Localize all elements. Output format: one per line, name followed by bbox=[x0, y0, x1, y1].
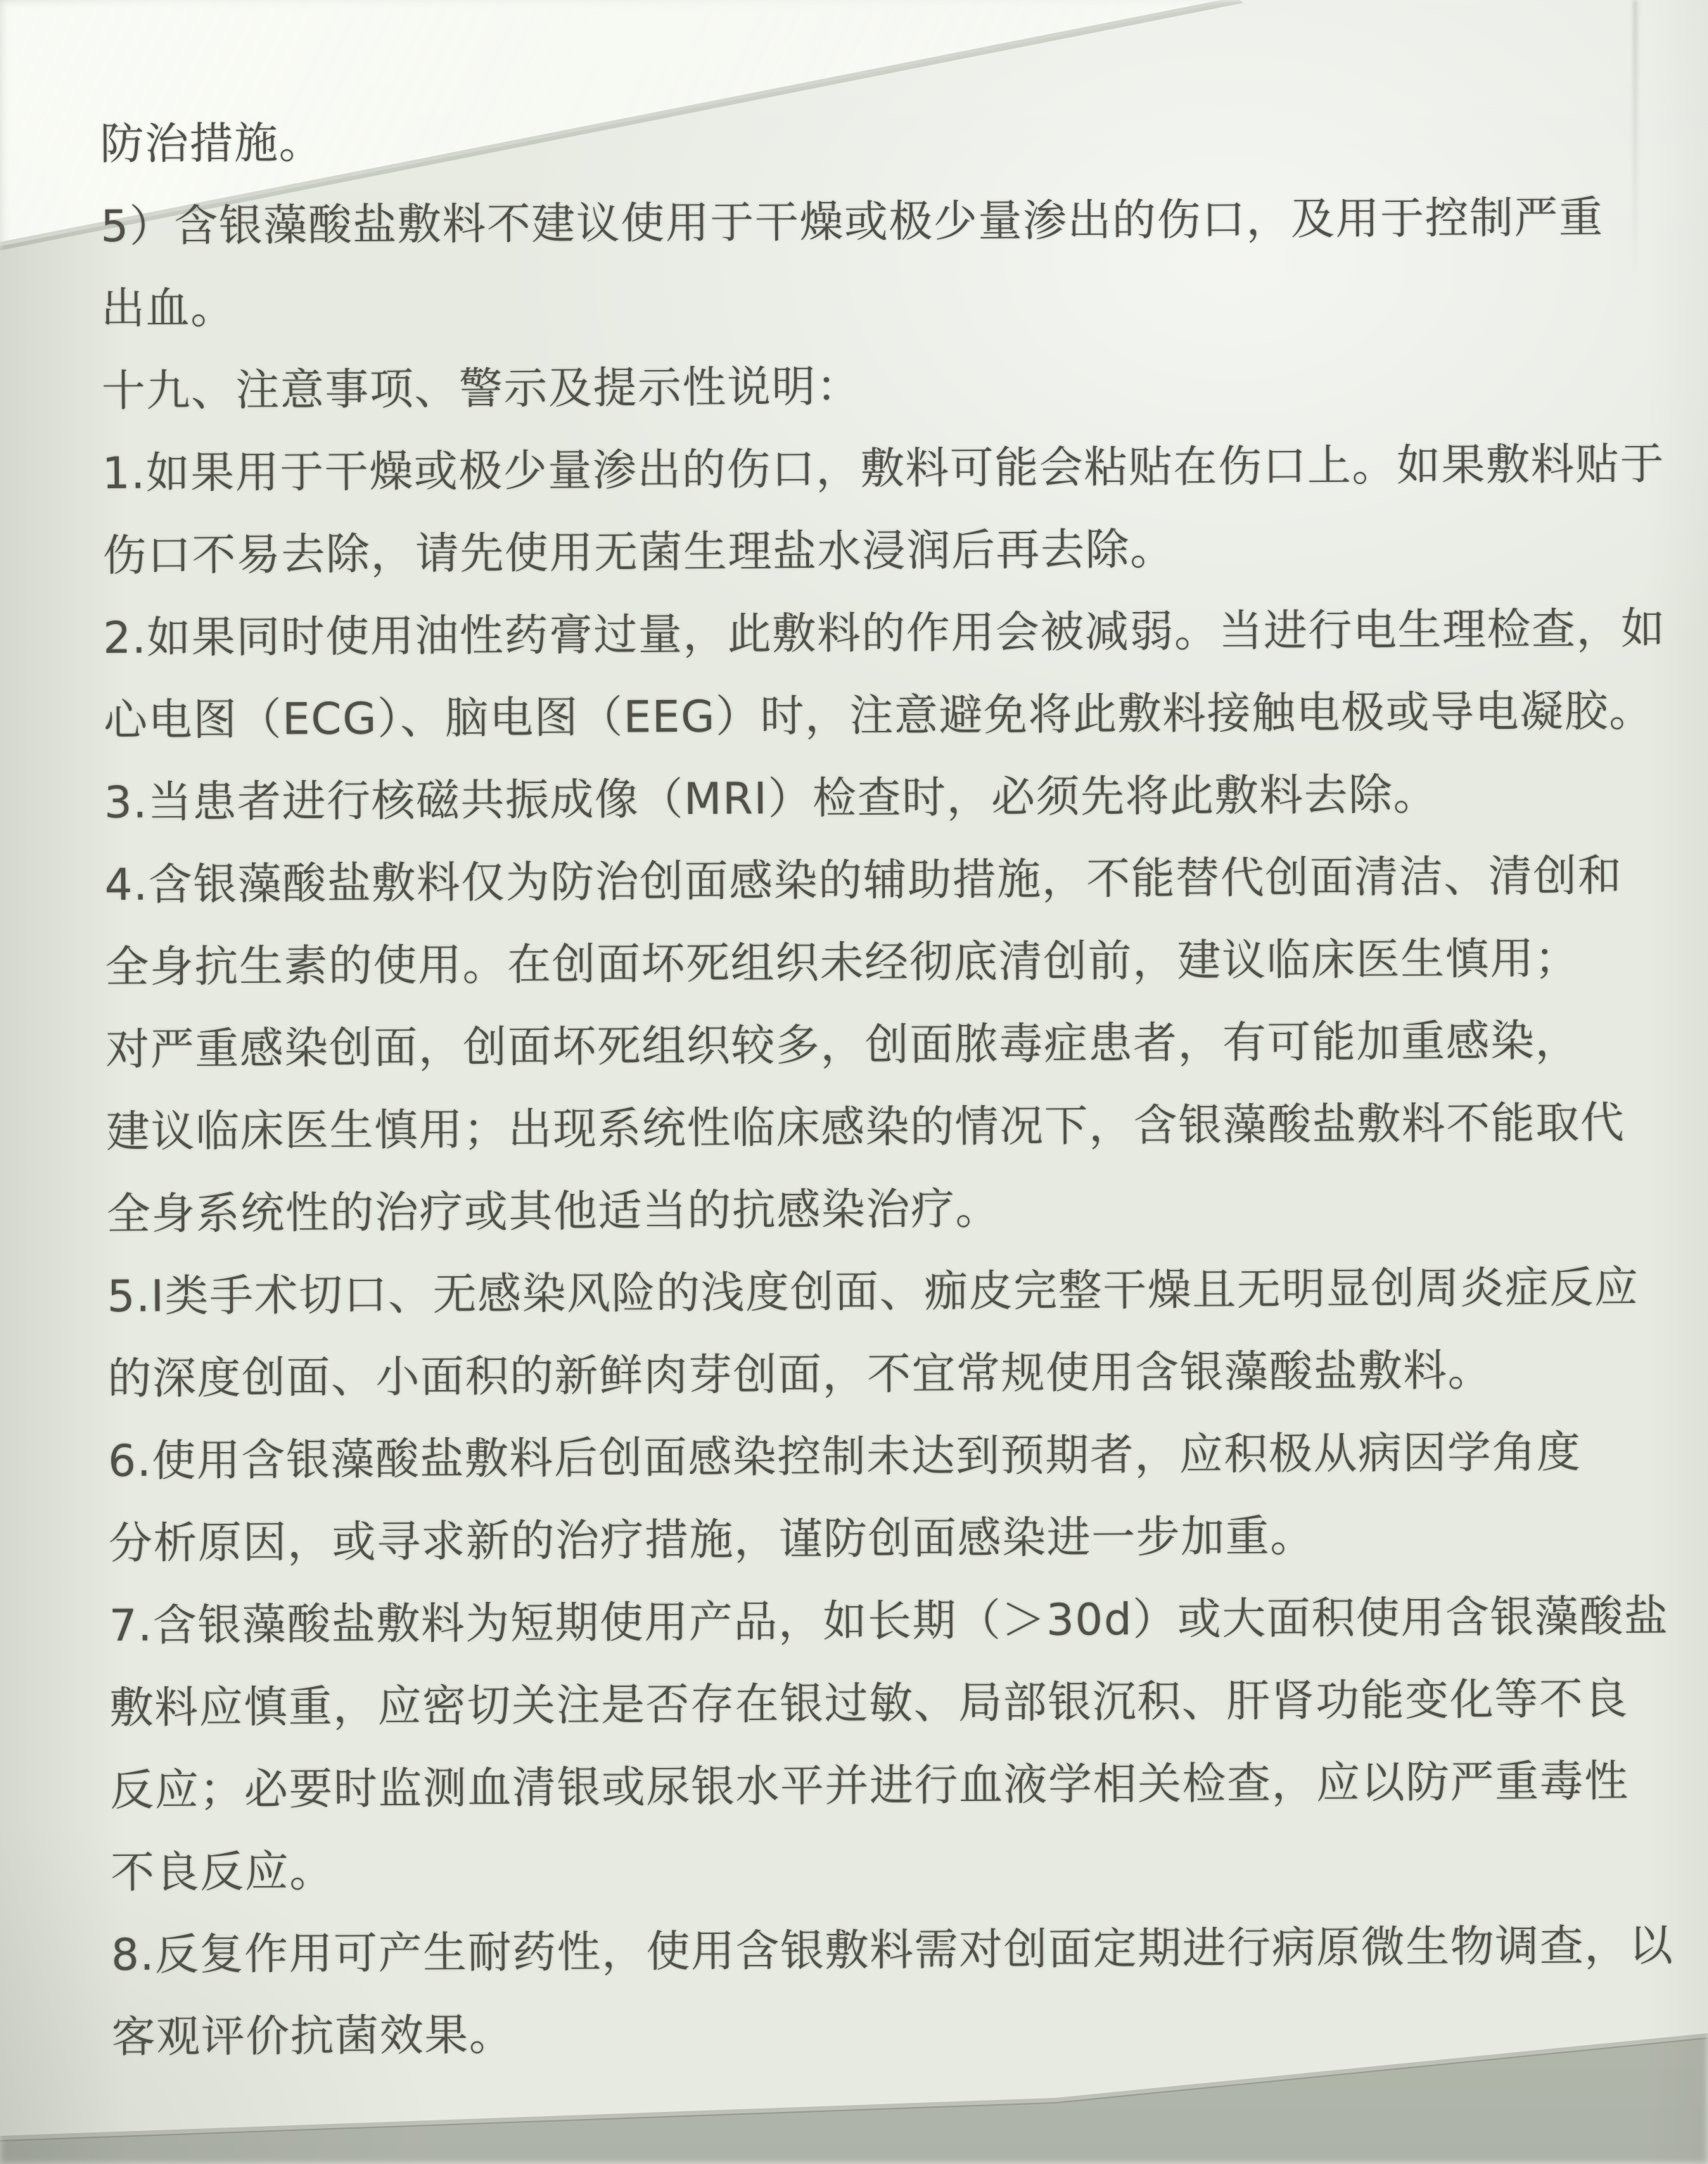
text-line: 对严重感染创面，创面坏死组织较多，创面脓毒症患者，有可能加重感染， bbox=[106, 998, 1696, 1090]
document-text: 防治措施。5）含银藻酸盐敷料不建议使用于干燥或极少量渗出的伤口，及用于控制严重出… bbox=[100, 93, 1702, 2078]
text-line: 7.含银藻酸盐敷料为短期使用产品，如长期（＞30d）或大面积使用含银藻酸盐 bbox=[109, 1574, 1700, 1667]
text-line: 全身系统性的治疗或其他适当的抗感染治疗。 bbox=[106, 1163, 1697, 1255]
text-line: 建议临床医生慎用；出现系统性临床感染的情况下，含银藻酸盐敷料不能取代 bbox=[106, 1081, 1697, 1173]
text-line: 客观评价抗菌效果。 bbox=[111, 1986, 1702, 2078]
text-line: 4.含银藻酸盐敷料仅为防治创面感染的辅助措施，不能替代创面清洁、清创和 bbox=[104, 834, 1695, 926]
text-line: 防治措施。 bbox=[100, 93, 1690, 185]
text-line: 分析原因，或寻求新的治疗措施，谨防创面感染进一步加重。 bbox=[108, 1492, 1699, 1584]
text-line: 伤口不易去除，请先使用无菌生理盐水浸润后再去除。 bbox=[103, 504, 1693, 597]
text-line: 出血。 bbox=[101, 257, 1691, 350]
text-line: 5.I类手术切口、无感染风险的浅度创面、痂皮完整干燥且无明显创周炎症反应 bbox=[107, 1245, 1697, 1337]
text-line: 心电图（ECG）、脑电图（EEG）时，注意避免将此敷料接触电极或导电凝胶。 bbox=[103, 669, 1694, 761]
text-line: 敷料应慎重，应密切关注是否存在银过敏、局部银沉积、肝肾功能变化等不良 bbox=[110, 1657, 1700, 1749]
text-line: 不良反应。 bbox=[110, 1821, 1701, 1914]
text-line: 6.使用含银藻酸盐敷料后创面感染控制未达到预期者，应积极从病因学角度 bbox=[108, 1410, 1698, 1502]
text-line: 2.如果同时使用油性药膏过量，此敷料的作用会被减弱。当进行电生理检查，如 bbox=[103, 587, 1693, 679]
text-line: 全身抗生素的使用。在创面坏死组织未经彻底清创前，建议临床医生慎用； bbox=[105, 916, 1695, 1008]
leaflet-page-photo: 防治措施。5）含银藻酸盐敷料不建议使用于干燥或极少量渗出的伤口，及用于控制严重出… bbox=[0, 0, 1708, 2164]
text-line: 十九、注意事项、警示及提示性说明： bbox=[101, 340, 1692, 432]
text-line: 反应；必要时监测血清银或尿银水平并进行血液学相关检查，应以防严重毒性 bbox=[110, 1739, 1700, 1831]
text-line: 3.当患者进行核磁共振成像（MRI）检查时，必须先将此敷料去除。 bbox=[104, 751, 1695, 844]
text-line: 5）含银藻酸盐敷料不建议使用于干燥或极少量渗出的伤口，及用于控制严重 bbox=[101, 175, 1691, 267]
text-line: 8.反复作用可产生耐药性，使用含银敷料需对创面定期进行病原微生物调查，以 bbox=[111, 1904, 1702, 1996]
text-line: 的深度创面、小面积的新鲜肉芽创面，不宜常规使用含银藻酸盐敷料。 bbox=[108, 1328, 1698, 1420]
text-line: 1.如果用于干燥或极少量渗出的伤口，敷料可能会粘贴在伤口上。如果敷料贴于 bbox=[102, 422, 1693, 514]
